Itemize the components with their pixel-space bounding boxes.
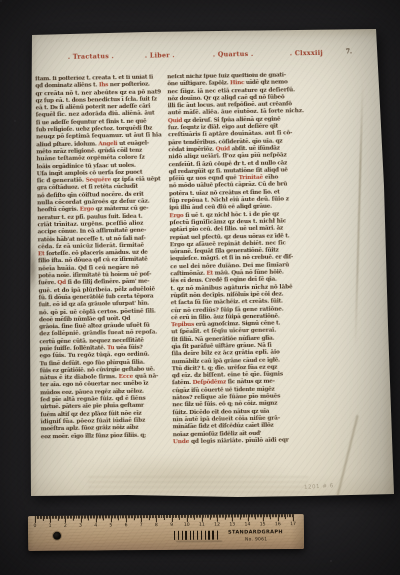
ruler-number: 14 [245,522,251,527]
ruler-brand-label: STANDARDGRAPH [228,529,283,535]
ruler-number: 2 [64,523,67,528]
ruler-number: 12 [214,522,220,527]
ruler-number: 9 [170,522,173,527]
ruler-number: 17 [290,522,296,527]
barcode-bar [182,531,183,540]
ruler-number: 3 [79,523,82,528]
barcode-bar [185,531,187,540]
barcode-bar [212,531,214,540]
ruler-number: 0 [33,523,36,528]
ruler-number: 4 [94,523,97,528]
ruler-hanging-hole [53,532,61,540]
ruler-number: 5 [109,523,112,528]
ruler-number: 11 [199,522,205,527]
ruler-number: 1 [49,523,52,528]
ruler-number: 15 [260,522,266,527]
ruler-number: 8 [155,523,158,528]
ruler-scale: 01234567891011121314151617 [28,514,304,516]
ruler-model-label: No. 9061 [245,537,267,542]
ruler-number: 16 [275,522,281,527]
barcode-bar [197,531,198,540]
barcode-bar [208,531,209,540]
barcode-bar [201,531,202,540]
barcode-digits [176,540,222,542]
ruler-number: 10 [184,522,190,527]
centimeter-ruler: 01234567891011121314151617 STANDARDGRAPH… [28,514,304,551]
ruler-number: 7 [140,523,143,528]
photo-of-manuscript-leaf: . Tractatus . . Liber . . Quartus . . Cl… [0,0,400,575]
ruler-barcode [174,531,226,543]
ruler-number: 6 [125,523,128,528]
barcode-bar [178,531,179,540]
barcode-bar [174,531,175,540]
ruler-tick [293,514,294,521]
barcode-bar [205,531,206,540]
barcode-bar [189,531,190,540]
ruler-number: 13 [229,522,235,527]
barcode-bar [193,531,194,540]
barcode-bar [217,531,218,540]
ruler-shadow-wrap: 01234567891011121314151617 STANDARDGRAPH… [0,0,400,575]
